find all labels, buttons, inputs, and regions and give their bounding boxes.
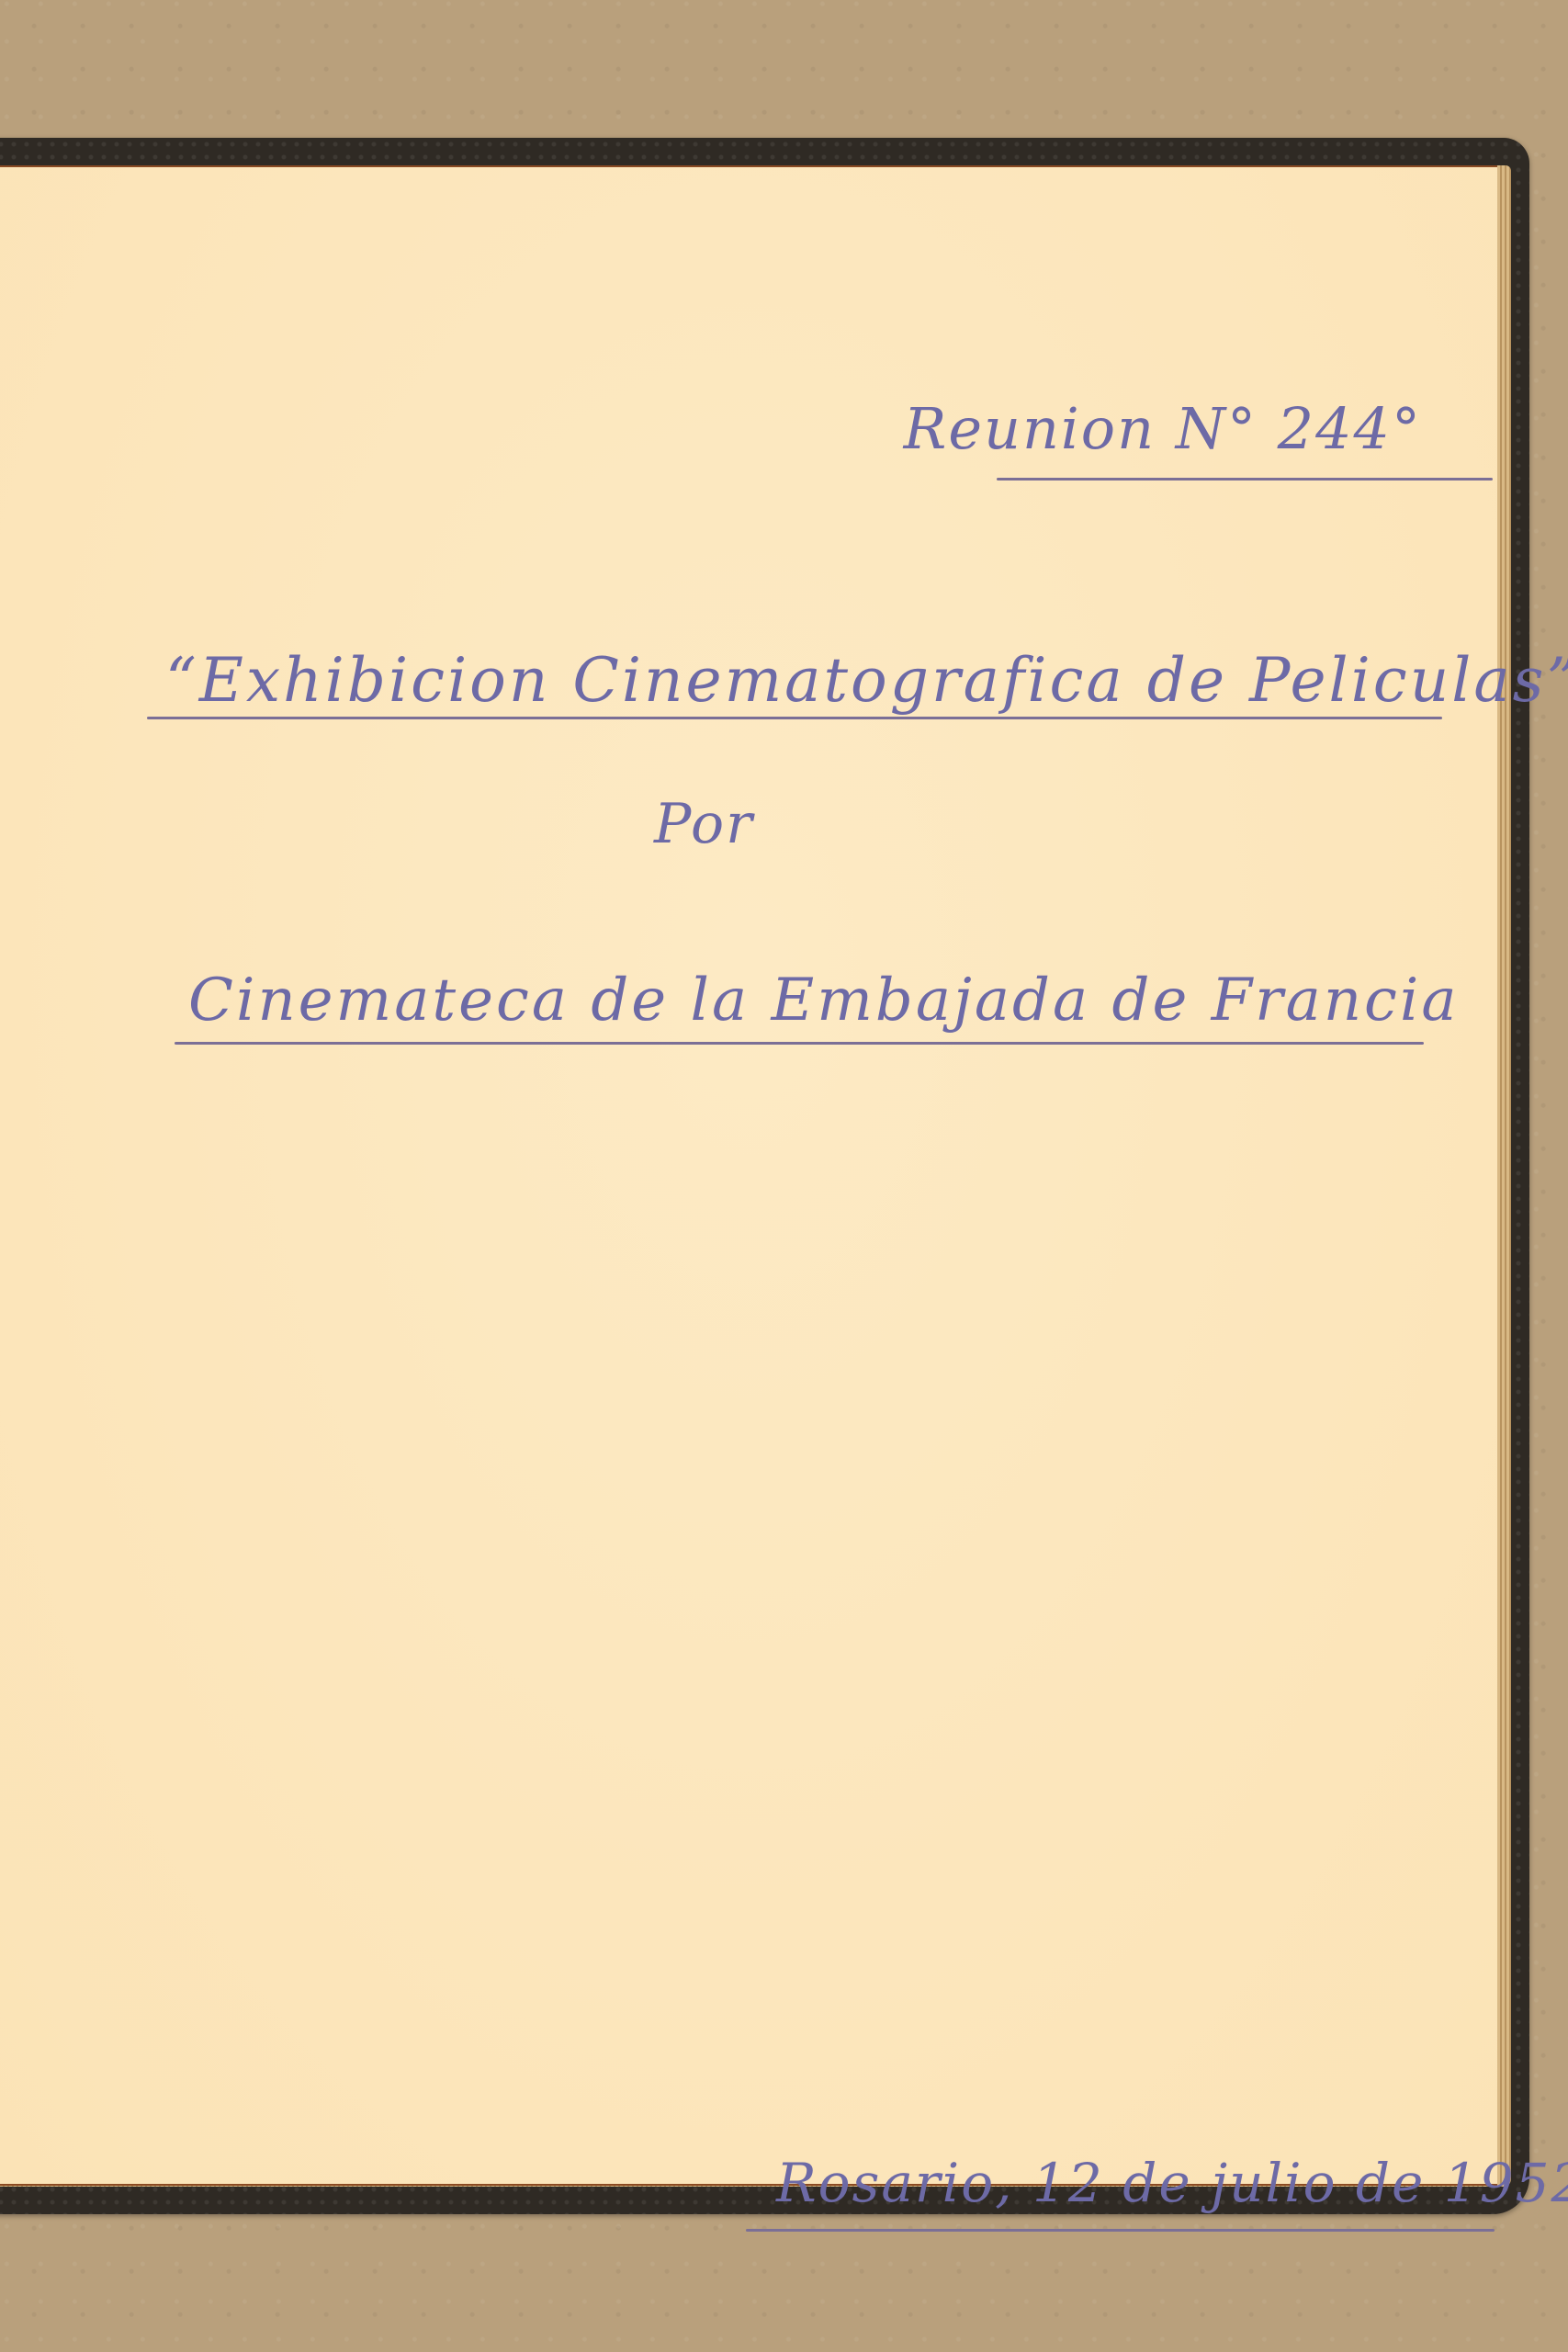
- title-underline: [147, 717, 1442, 719]
- presenter-name: Cinemateca de la Embajada de Francia: [188, 967, 1460, 1035]
- meeting-number: Reunion N° 244°: [904, 395, 1422, 462]
- place-and-date: Rosario, 12 de julio de 1952: [776, 2152, 1568, 2214]
- date-underline: [746, 2229, 1495, 2232]
- by-label: Por: [654, 792, 754, 856]
- presenter-underline: [175, 1042, 1424, 1045]
- meeting-number-underline: [997, 478, 1493, 481]
- exhibition-title: “Exhibicion Cinematografica de Peliculas…: [165, 645, 1568, 716]
- document-page: Reunion N° 244° “Exhibicion Cinematograf…: [0, 165, 1497, 2186]
